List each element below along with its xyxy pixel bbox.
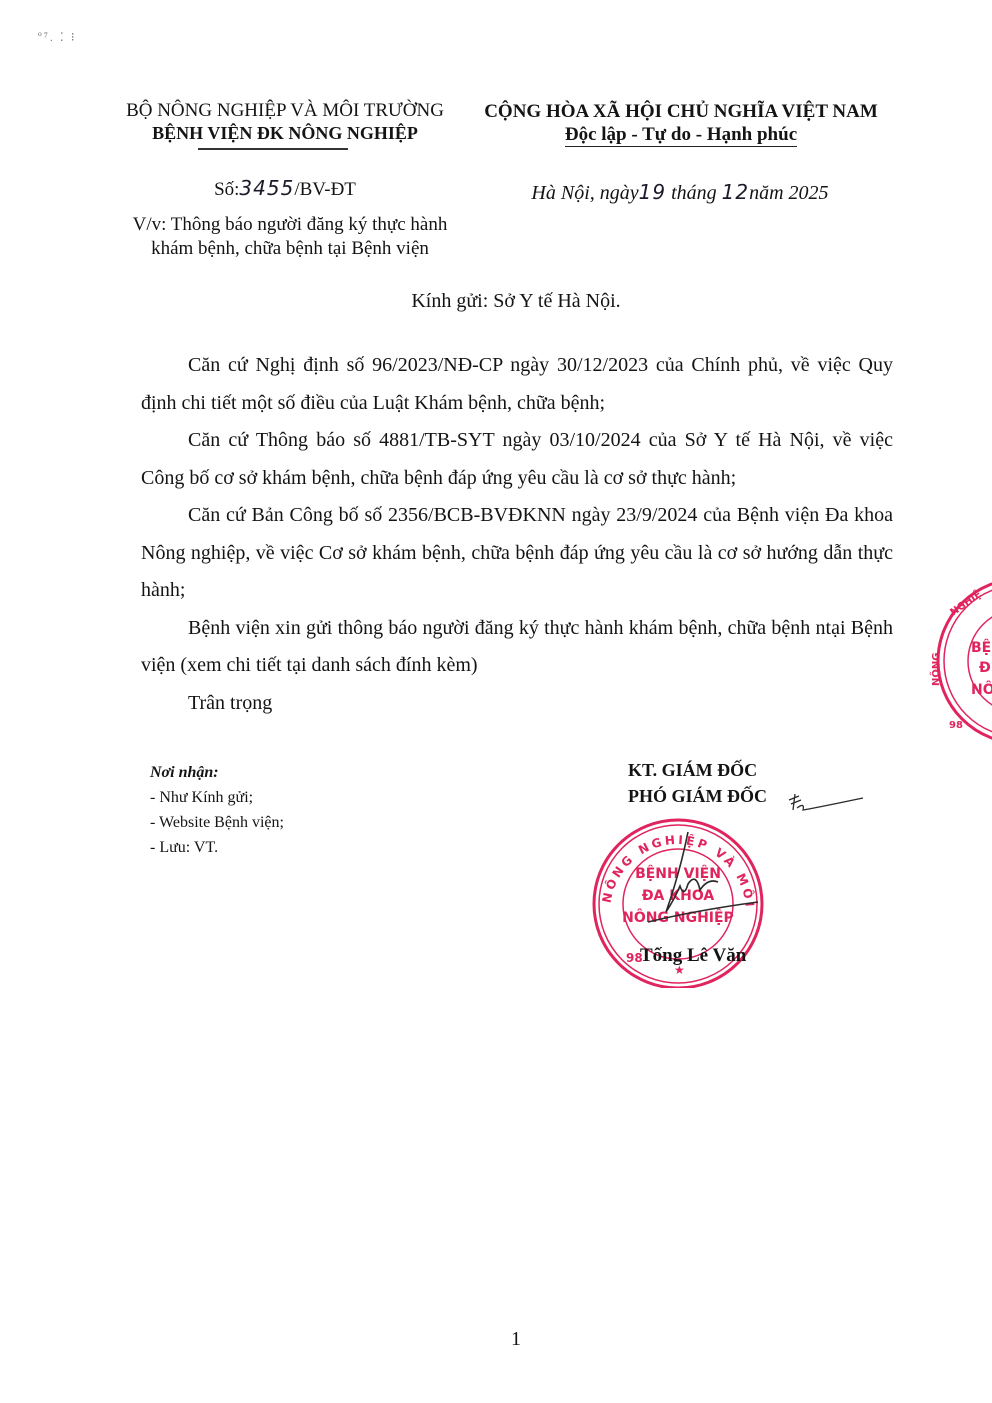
recipient-item: - Như Kính gửi;: [150, 785, 284, 810]
letter-body: Căn cứ Nghị định số 96/2023/NĐ-CP ngày 3…: [141, 347, 893, 722]
document-number-prefix: Số:: [214, 179, 239, 200]
svg-text:NGHIỆ: NGHIỆ: [947, 587, 984, 618]
dateline-year: năm 2025: [749, 182, 828, 204]
body-paragraph: Căn cứ Nghị định số 96/2023/NĐ-CP ngày 3…: [141, 347, 893, 422]
recipients-block: Nơi nhận: - Như Kính gửi; - Website Bệnh…: [150, 760, 284, 860]
ministry-name: BỘ NÔNG NGHIỆP VÀ MÔI TRƯỜNG: [100, 100, 470, 122]
svg-text:Đ: Đ: [979, 660, 991, 676]
body-paragraph: Căn cứ Thông báo số 4881/TB-SYT ngày 03/…: [141, 422, 893, 497]
document-subject: V/v: Thông báo người đăng ký thực hành k…: [100, 213, 480, 261]
recipients-label: Nơi nhận:: [150, 760, 284, 785]
svg-text:NÔNG: NÔNG: [929, 653, 942, 686]
document-number-handwritten: 3455: [239, 176, 294, 200]
dateline: Hà Nội, ngày19 tháng 12năm 2025: [500, 180, 860, 205]
closing-phrase: Trân trọng: [141, 685, 893, 723]
header-underline: [198, 148, 348, 150]
body-paragraph: Bệnh viện xin gửi thông báo người đăng k…: [141, 610, 893, 685]
signer-name: Tống Lê Văn: [640, 945, 746, 967]
salutation: Kính gửi: Sở Y tế Hà Nội.: [0, 290, 992, 313]
document-number: Số:3455/BV-ĐT: [100, 176, 470, 201]
recipient-item: - Lưu: VT.: [150, 835, 284, 860]
national-header: CỘNG HÒA XÃ HỘI CHỦ NGHĨA VIỆT NAM Độc l…: [470, 100, 892, 147]
subject-line-2: khám bệnh, chữa bệnh tại Bệnh viện: [100, 237, 480, 261]
body-paragraph: Căn cứ Bản Công bố số 2356/BCB-BVĐKNN ng…: [141, 497, 893, 610]
issuing-authority-header: BỘ NÔNG NGHIỆP VÀ MÔI TRƯỜNG BỆNH VIỆN Đ…: [100, 100, 470, 150]
subject-line-1: V/v: Thông báo người đăng ký thực hành: [100, 213, 480, 237]
dateline-place: Hà Nội, ngày: [531, 182, 638, 204]
initials-scribble-icon: [785, 790, 865, 814]
national-motto: Độc lập - Tự do - Hạnh phúc: [565, 123, 797, 147]
stamp-center-line: NÔNG NGHIỆP: [622, 908, 734, 926]
scan-artifact-marks: º⁷. ⁚ ⁝: [38, 30, 77, 45]
document-number-suffix: /BV-ĐT: [294, 179, 356, 200]
recipient-item: - Website Bệnh viện;: [150, 810, 284, 835]
edge-seal-icon: BỆ Đ NÔ NGHIỆ NÔNG 98: [925, 576, 992, 746]
svg-text:98: 98: [949, 720, 963, 731]
page-number: 1: [0, 1328, 992, 1351]
dateline-day: 19: [639, 180, 666, 204]
signature-title-1: KT. GIÁM ĐỐC: [590, 757, 820, 783]
dateline-month-label: tháng: [666, 182, 722, 204]
hospital-name: BỆNH VIỆN ĐK NÔNG NGHIỆP: [100, 122, 470, 144]
svg-text:BỆ: BỆ: [971, 638, 991, 656]
dateline-month: 12: [722, 180, 749, 204]
svg-text:NÔ: NÔ: [971, 680, 992, 698]
republic-name: CỘNG HÒA XÃ HỘI CHỦ NGHĨA VIỆT NAM: [470, 100, 892, 123]
